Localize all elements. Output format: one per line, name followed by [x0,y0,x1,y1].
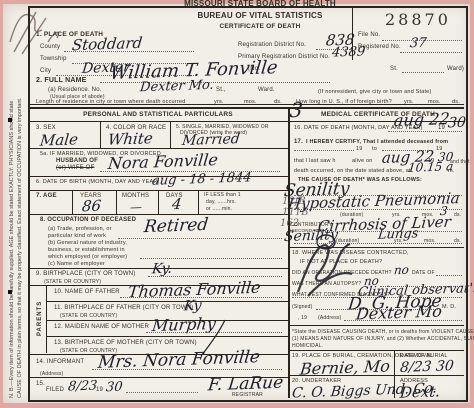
full-name-label: 2. FULL NAME [36,77,87,84]
spouse-value: Nora Fonville [107,150,219,173]
filed-date-value: 8/23 [67,378,98,394]
margin-instructions: N. B.—Every item of information should b… [8,8,24,398]
dotted-line [148,276,282,277]
address-label: (Address) [318,315,341,321]
certificate-number: 28870 [385,10,451,29]
death-occurred-label: death occurred, on the date stated above… [294,168,411,174]
pencil-code-2: 111B [282,207,308,218]
dotted-line [126,392,198,393]
certify-line-1: I HEREBY CERTIFY, That I attended deceas… [306,139,448,145]
dotted-line [388,131,462,132]
parents-box-divider [46,285,47,353]
filed-number-label: 15. [36,381,45,387]
dotted-line [118,238,282,239]
personal-section-header: PERSONAL AND STATISTICAL PARTICULARS [48,111,268,118]
pencil-code-1: 12fB [282,196,306,207]
scanned-death-certificate: N. B.—Every item of information should b… [0,0,474,408]
footnote-line-1: *State the DISEASE CAUSING DEATH, or in … [292,329,474,335]
dotted-line [436,275,462,276]
dotted-line [344,320,462,321]
occupation-a-label-1: (a) Trade, profession, or [48,226,112,232]
registration-district-label: Registration District No. [238,42,306,48]
dotted-line [294,150,354,151]
filed-19-label: 19 [96,387,103,393]
birthplace-value: Ky. [151,261,173,278]
township-label: Township [40,56,67,62]
rule-line [28,214,288,215]
age-label: 7. AGE [36,193,57,199]
m-label: m. [448,168,455,174]
dotted-line [64,51,194,52]
rule-line [46,301,288,302]
age-months-value: — [129,200,142,214]
margin-line-2: CAUSE OF DEATH in plain terms, so that i… [16,8,24,398]
if-less-label-1: IF LESS than 1 [204,192,241,198]
signed-label: (Signed) [292,304,313,310]
stray-mark: 3 [289,98,304,123]
rule-line [288,375,464,376]
st-label: St. [390,66,398,72]
mother-maiden-label: 12. MAIDEN NAME OF MOTHER [54,324,149,330]
undertaker-address-value: Dext. [399,382,441,401]
date-of-death-year: 30 [447,115,467,132]
age-years-value: 86 [81,197,102,216]
cell-divider [170,121,171,148]
if-less-label-2: day, ......hrs. [206,199,236,205]
father-name-label: 10. NAME OF FATHER [54,289,120,295]
husband-of-label: HUSBAND OF [56,158,98,164]
certify-to: to [372,146,377,152]
filed-year-value: 30 [105,380,123,396]
bureau-title: BUREAU OF VITAL STATISTICS [150,11,370,20]
dotted-line [294,209,462,210]
residence-label: (a) Residence. No. [48,87,102,93]
occupation-b-label-3: which employed (or employer) [48,254,127,260]
occupation-value: Retired [143,215,209,237]
date-of-label: DATE OF [412,270,435,276]
dotted-line [402,72,444,73]
occupation-b-label-1: (b) General nature of industry, [48,240,127,246]
md-label: M. D. [442,304,456,310]
duration-ds: ds. [454,212,461,218]
residence-value: Dexter Mo. [139,78,214,96]
informant-label: 14. INFORMANT [36,359,84,365]
residence-st-label: St., [216,87,226,93]
county-label: County [40,44,60,50]
birthplace-label: 9. BIRTHPLACE (CITY OR TOWN) [36,271,136,277]
operation-value: no [393,263,409,278]
primary-district-value: 4389 [331,44,366,60]
dotted-line [400,52,462,53]
footnote-line-3: HOMICIDAL. [292,343,323,349]
wife-of-label: (or) WIFE OF [56,165,94,171]
rule-line [288,325,464,326]
margin-mark [8,118,12,122]
last-saw-label-1: that I last saw h [294,158,336,164]
cell-divider [116,190,117,214]
if-less-label-3: or ......min. [206,206,232,212]
rule-line [28,104,464,105]
margin-mark [8,290,12,294]
mother-birthplace-label: 13. BIRTHPLACE OF MOTHER (CITY OR TOWN) [54,340,197,346]
agency-title: MISSOURI STATE BOARD OF HEALTH [150,0,370,8]
comma-19-label: , 19 [298,315,307,321]
registered-no-value: 37 [409,36,427,52]
residence-ward-label: Ward. [258,87,275,93]
age-days-value: 4 [171,195,182,213]
last-saw-label-2: alive on [352,158,373,164]
occupation-c-label: (c) Name of employer [48,261,105,267]
dotted-line [92,369,282,370]
father-birthplace-label: 11. BIRTHPLACE OF FATHER (CITY OR TOWN) [54,305,194,311]
footnote-line-2: (1) MEANS AND NATURE OF INJURY, and (2) … [292,336,474,342]
occupation-a-label-2: particular kind of work [48,233,106,239]
nonresident-note: (If nonresident, give city or town and S… [318,89,432,95]
city-label: City [40,68,51,74]
race-value: White [107,129,154,149]
dotted-line [140,258,282,259]
dotted-line [100,82,330,83]
cell-divider [72,190,73,214]
sex-label: 3. SEX [36,125,56,131]
state-country-label: (STATE OR COUNTRY) [60,313,117,319]
occupation-label: 8. OCCUPATION OF DECEASED [40,217,136,223]
father-birthplace-value: Ky [183,298,202,315]
cell-divider [158,190,159,214]
certify-19-a: 19 [356,146,363,152]
cell-divider [100,121,101,148]
ward-label: Ward) [447,66,464,72]
margin-line-1: N. B.—Every item of information should b… [8,8,16,398]
rule-line [28,148,288,149]
rule-line [28,107,464,109]
filed-label: FILED [46,387,64,393]
burial-date-value: 8/23 30 [399,358,454,376]
autopsy-label: WAS THERE AN AUTOPSY? [292,281,361,287]
occupation-b-label-2: business, or establishment in [48,247,125,253]
file-no-label: File No. [358,32,380,38]
certify-number: 17. [294,139,303,145]
certificate-title: CERTIFICATE OF DEATH [150,23,370,30]
parents-label: PARENTS [37,301,43,336]
dob-label: 6. DATE OF BIRTH (MONTH, DAY AND YEAR) [36,179,160,185]
sex-value: Male [39,130,79,149]
registrar-label: REGISTRAR [232,392,263,398]
cell-divider [198,190,199,214]
age-months-label: MONTHS [122,193,149,199]
marital-value: Married [181,131,240,149]
rule-line [46,336,288,337]
rule-line [288,350,464,351]
